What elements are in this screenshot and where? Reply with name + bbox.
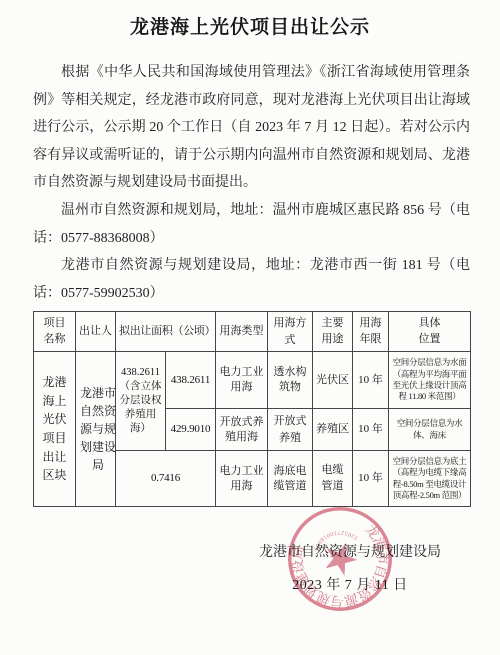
header-location: 具体位置: [389, 312, 471, 352]
cell-location: 空间分层信息为底土（高程为电缆下缘高程-8.50m 至电缆设计顶高程-2.50m…: [389, 451, 471, 507]
header-area: 拟出让面积（公顷）: [116, 312, 216, 352]
cell-main-use: 养殖区: [313, 409, 353, 451]
header-transferor: 出让人: [76, 312, 116, 352]
signing-agency: 龙港市自然资源与规划建设局: [248, 541, 452, 561]
cell-main-use: 光伏区: [313, 352, 353, 409]
signing-date: 2023 年 7 月 11 日: [248, 574, 452, 594]
header-project-name: 项目名称: [34, 312, 76, 352]
cell-area-merged: 438.2611（含立体分层设权养殖用海）: [116, 352, 166, 451]
page-title: 龙港海上光伏项目出让公示: [0, 12, 500, 39]
table-row: 龙港海上光伏项目出让区块 龙港市自然资源与规划建设局 438.2611（含立体分…: [34, 352, 471, 409]
cell-sea-type: 开放式养殖用海: [216, 409, 268, 451]
paragraph-wenzhou-contact: 温州市自然资源和规划局，地址：温州市鹿城区惠民路 856 号（电话：0577-8…: [33, 197, 470, 252]
header-sea-type: 用海类型: [216, 312, 268, 352]
cell-sea-mode: 开放式养殖: [268, 409, 313, 451]
cell-area-cable: 0.7416: [116, 451, 216, 507]
signature-block: 龙港市自然资源与规划建设局 2023 年 7 月 11 日: [248, 541, 452, 594]
paragraph-longgang-contact: 龙港市自然资源与规划建设局，地址：龙港市西一街 181 号（电话：0577-59…: [33, 252, 470, 307]
sea-area-transfer-table: 项目名称 出让人 拟出让面积（公顷） 用海类型 用海方式 主要用途 用海年限 具…: [33, 311, 471, 507]
cell-sea-type: 电力工业用海: [216, 352, 268, 409]
cell-main-use: 电缆管道: [313, 451, 353, 507]
cell-area-pv: 438.2611: [166, 352, 216, 409]
cell-sea-mode: 海底电缆管道: [268, 451, 313, 507]
cell-transferor: 龙港市自然资源与规划建设局: [76, 352, 116, 507]
cell-term: 10 年: [353, 451, 389, 507]
cell-project-name: 龙港海上光伏项目出让区块: [34, 352, 76, 507]
notice-body: 根据《中华人民共和国海域使用管理法》《浙江省海域使用管理条例》等相关规定，经龙港…: [33, 59, 470, 307]
header-sea-mode: 用海方式: [268, 312, 313, 352]
notice-document-page: 龙港海上光伏项目出让公示 根据《中华人民共和国海域使用管理法》《浙江省海域使用管…: [0, 0, 500, 655]
cell-sea-type: 电力工业用海: [216, 451, 268, 507]
cell-sea-mode: 透水构筑物: [268, 352, 313, 409]
paragraph-basis: 根据《中华人民共和国海域使用管理法》《浙江省海域使用管理条例》等相关规定，经龙港…: [33, 59, 470, 197]
cell-term: 10 年: [353, 409, 389, 451]
header-term: 用海年限: [353, 312, 389, 352]
cell-term: 10 年: [353, 352, 389, 409]
cell-area-aquaculture: 429.9010: [166, 409, 216, 451]
header-main-use: 主要用途: [313, 312, 353, 352]
table-header-row: 项目名称 出让人 拟出让面积（公顷） 用海类型 用海方式 主要用途 用海年限 具…: [34, 312, 471, 352]
cell-location: 空间分层信息为水面（高程为平均海平面至光伏上缘设计顶高程 11.80 米范围）: [389, 352, 471, 409]
cell-location: 空间分层信息为水体、海床: [389, 409, 471, 451]
